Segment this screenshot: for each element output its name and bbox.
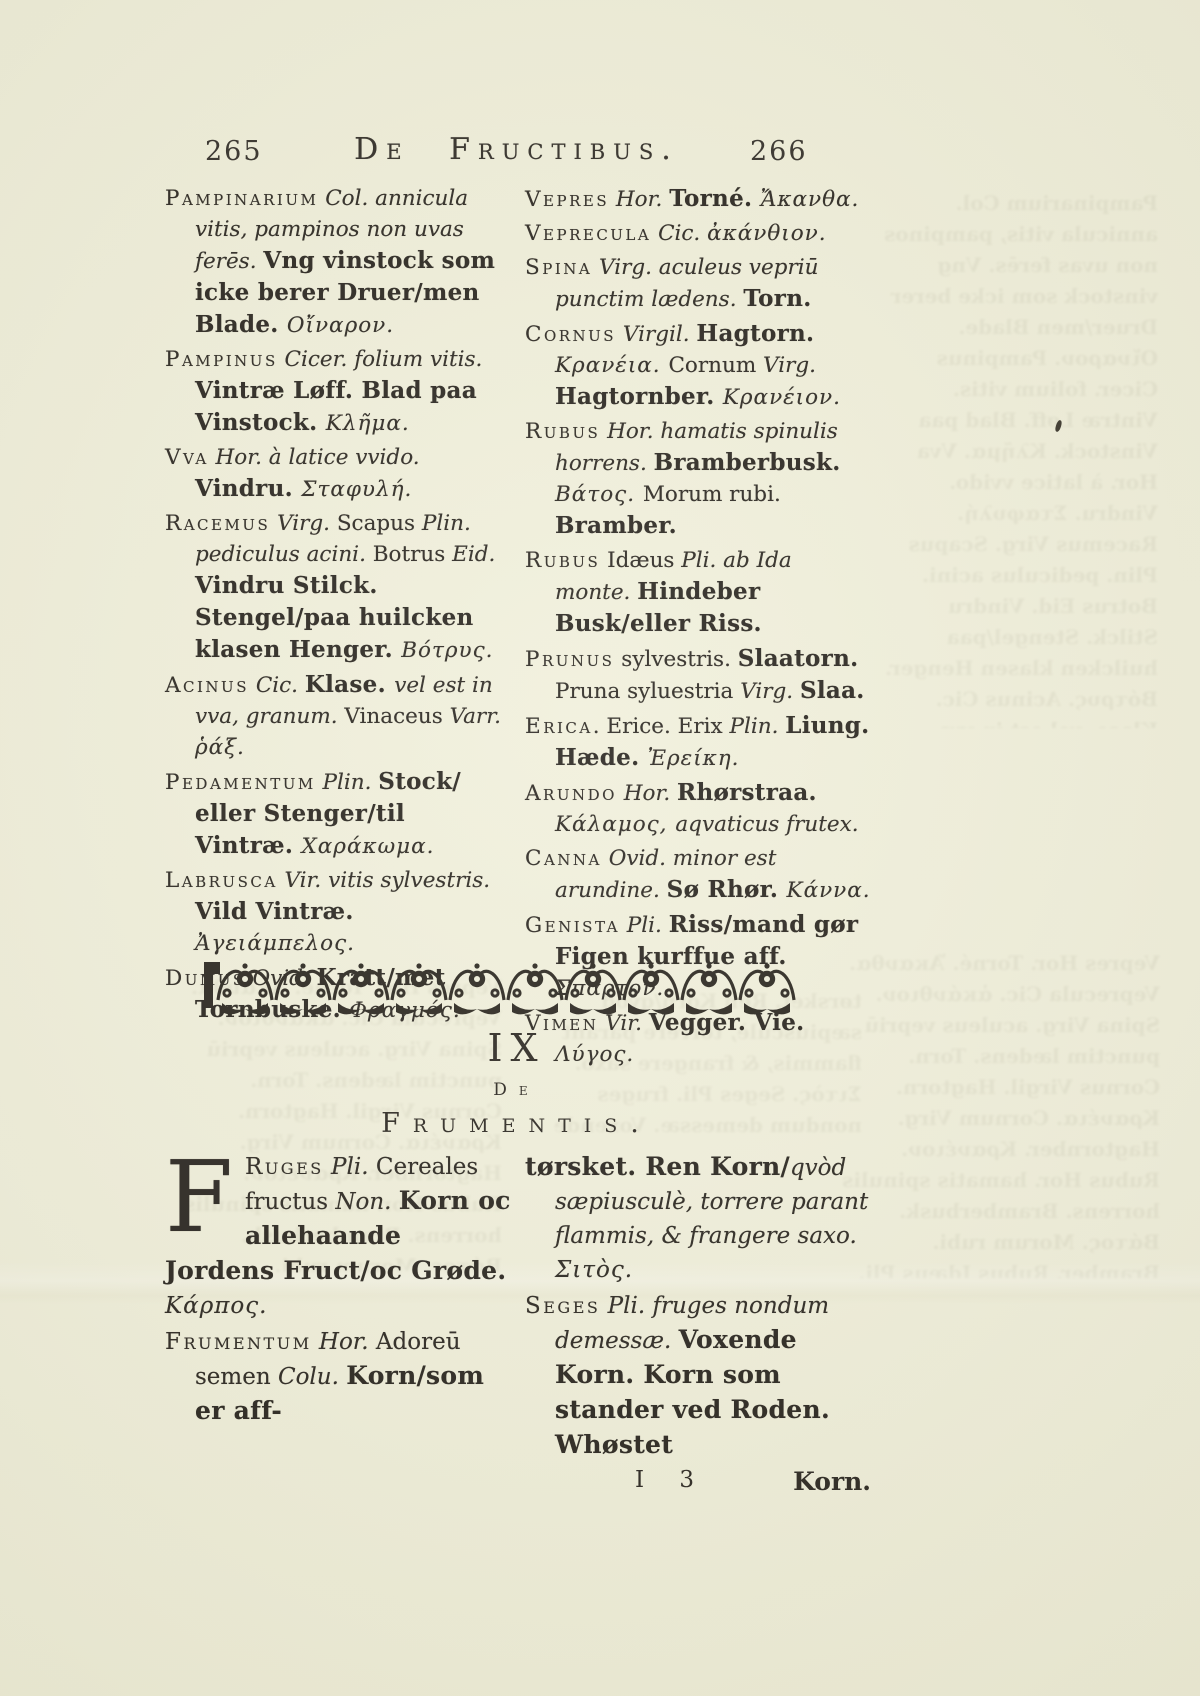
chapter-title: Frumentis. [165,1108,868,1139]
dictionary-entry: Cornus Virgil. Hagtorn. Κρανέια. Cornum … [525,318,871,413]
dictionary-entry: Spina Virg. aculeus vepriū punctim læden… [525,252,871,315]
dictionary-entry: Prunus sylvestris. Slaatorn. Pruna sylue… [525,643,871,707]
dictionary-entry: Pampinarium Col. annicula vitis, pampino… [165,183,511,341]
dictionary-entry: Pampinus Cicer. folium vitis. Vintræ Løf… [165,344,511,439]
catchword: Korn. [793,1467,871,1496]
signature-mark: I 3 [635,1467,708,1496]
dictionary-entry: Rubus Hor. hamatis spinulis horrens. Bra… [525,416,871,542]
dictionary-entry: Vva Hor. à latice vvido. Vindru. Σταφυλή… [165,442,511,505]
dictionary-entry: Acinus Cic. Klase. vel est in vva, granu… [165,669,511,763]
ornament-band [204,956,802,1016]
dictionary-entry: Labrusca Vir. vitis sylvestris. Vild Vin… [165,865,511,959]
dictionary-entry: Arundo Hor. Rhørstraa. Κάλαμος, aqvaticu… [525,777,871,840]
dictionary-section: Pampinarium Col. annicula vitis, pampino… [165,183,871,1073]
chapter-de-label: De [165,1080,868,1100]
signature-row: I 3 Korn. [525,1467,871,1496]
bleedthrough-ghost: Pampinarium Col. annicula vitis, pampino… [876,188,1158,728]
frumentis-section: FRuges Pli. Cereales fructus Non. Korn o… [165,1150,871,1496]
page-number-right: 266 [750,136,808,167]
dictionary-entry: FRuges Pli. Cereales fructus Non. Korn o… [165,1150,511,1323]
bleedthrough-ghost: Vepres Hor. Torné. Ἄκανθα. Veprecula Cic… [828,948,1160,1278]
chapter-number: IX [165,1026,868,1070]
drop-cap: F [165,1158,233,1238]
dictionary-column-left: Pampinarium Col. annicula vitis, pampino… [165,183,511,1073]
frumentis-column-left: FRuges Pli. Cereales fructus Non. Korn o… [165,1150,511,1496]
dictionary-column-right: Vepres Hor. Torné. Ἄκανθα.Veprecula Cic.… [525,183,871,1073]
scanned-book-page: { "page": { "left_page_number": "265", "… [0,0,1200,1696]
dictionary-entry: Vepres Hor. Torné. Ἄκανθα. [525,183,871,215]
dictionary-entry: tørsket. Ren Korn/qvòd sæpiusculè, torre… [525,1150,871,1287]
dictionary-entry: Canna Ovid. minor est arundine. Sø Rhør.… [525,843,871,906]
page-header: 265 De Fructibus. 266 [165,132,868,178]
dictionary-entry: Pedamentum Plin. Stock/ eller Stenger/ti… [165,766,511,862]
dictionary-entry: Rubus Idæus Pli. ab Ida monte. Hindeber … [525,545,871,640]
dictionary-entry: Frumentum Hor. Adoreū semen Colu. Korn/s… [165,1325,511,1429]
dictionary-entry: Racemus Virg. Scapus Plin. pediculus aci… [165,508,511,666]
frumentis-column-right: tørsket. Ren Korn/qvòd sæpiusculè, torre… [525,1150,871,1496]
dictionary-entry: Erica. Erice. Erix Plin. Liung. Hæde. Ἐρ… [525,710,871,774]
dictionary-entry: Veprecula Cic. ἀκάνθιον. [525,218,871,249]
dictionary-entry: Seges Pli. fruges nondum demessæ. Voxend… [525,1289,871,1463]
